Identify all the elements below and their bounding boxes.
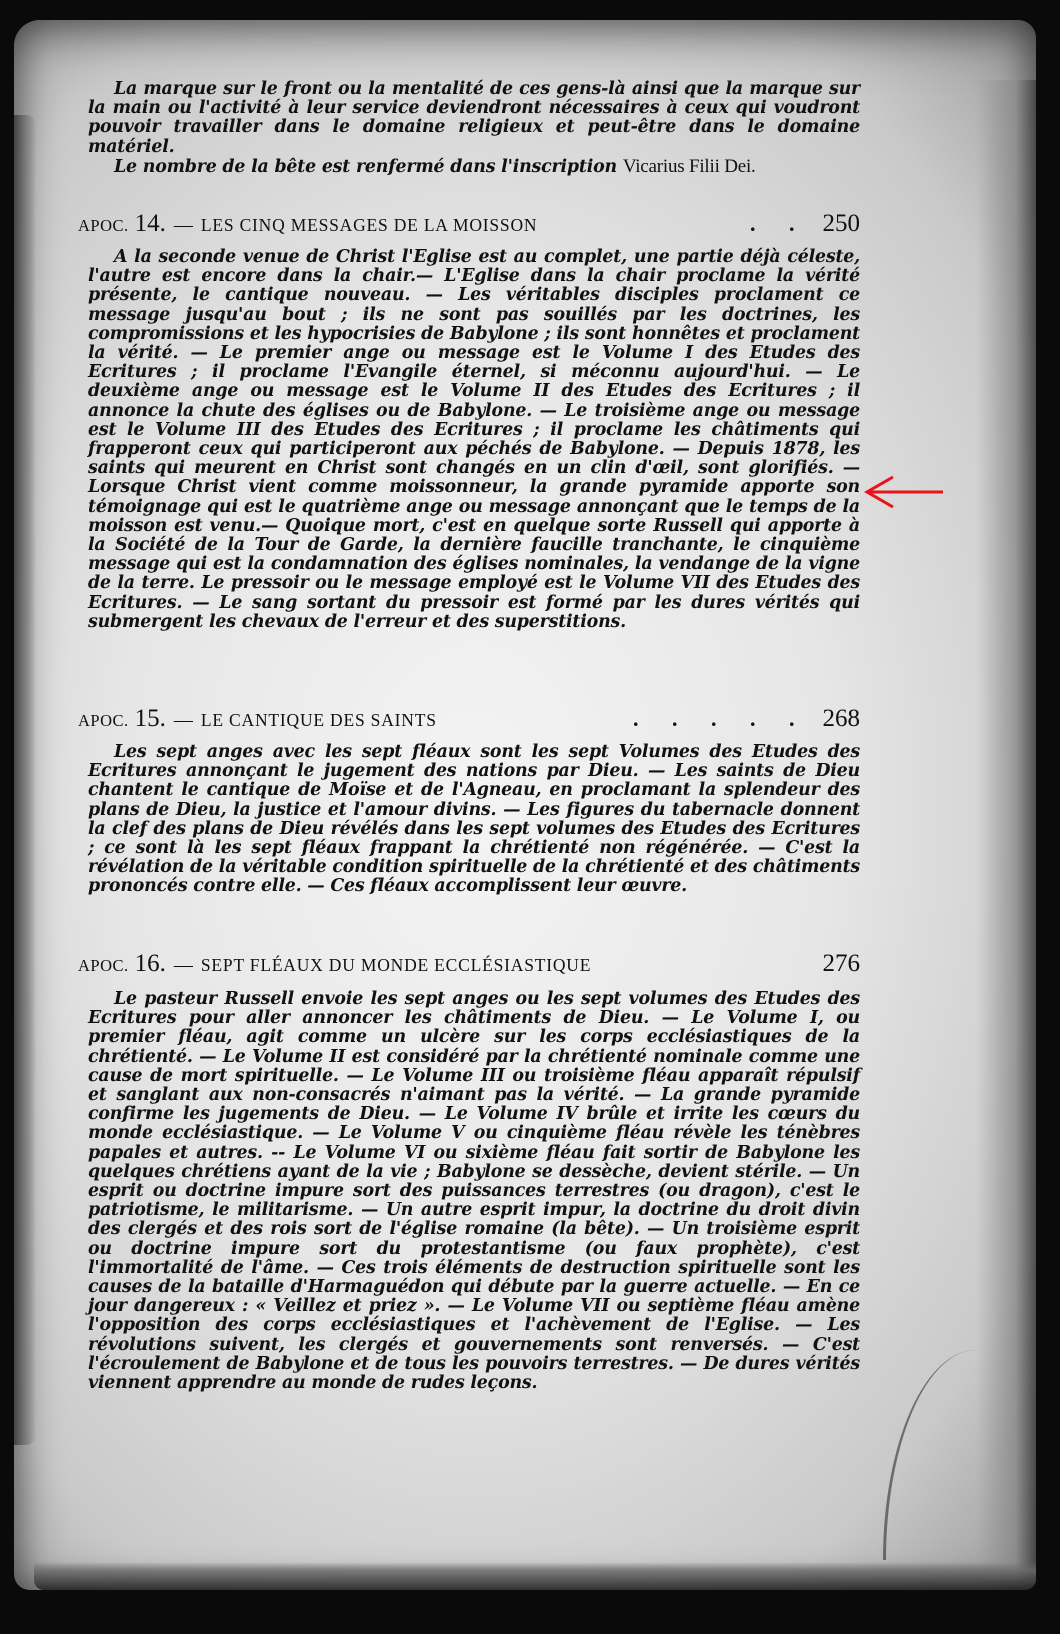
dash: — xyxy=(174,710,193,732)
dot-leader: . . xyxy=(537,211,822,237)
red-arrow-icon xyxy=(863,474,945,510)
section-text: Les sept anges avec les sept fléaux sont… xyxy=(88,742,860,896)
section-paragraph: A la seconde venue de Christ l'Eglise es… xyxy=(88,248,860,632)
chapter-number: 14. xyxy=(135,210,166,238)
page-shadow-right xyxy=(976,80,1036,1580)
intro-block: La marque sur le front ou la mentalité d… xyxy=(88,80,860,177)
section-body-apoc-14: A la seconde venue de Christ l'Eglise es… xyxy=(88,248,860,632)
section-heading-apoc-16: APOC. 16. — SEPT FLÉAUX DU MONDE ECCLÉSI… xyxy=(78,950,860,978)
apoc-label: APOC. xyxy=(78,216,129,236)
beast-number-paragraph: Le nombre de la bête est renfermé dans l… xyxy=(88,157,860,177)
apoc-label: APOC. xyxy=(78,711,129,731)
beast-number-text: Le nombre de la bête est renfermé dans l… xyxy=(114,157,617,177)
section-title: LES CINQ MESSAGES DE LA MOISSON xyxy=(201,215,537,236)
section-heading-apoc-14: APOC. 14. — LES CINQ MESSAGES DE LA MOIS… xyxy=(78,210,860,238)
dash: — xyxy=(174,215,193,237)
chapter-number: 15. xyxy=(135,705,166,733)
section-paragraph: Le pasteur Russell envoie les sept anges… xyxy=(88,990,860,1393)
chapter-number: 16. xyxy=(135,950,166,978)
section-text: A la seconde venue de Christ l'Eglise es… xyxy=(88,247,860,632)
page-number: 250 xyxy=(823,210,861,238)
apoc-label: APOC. xyxy=(78,956,129,976)
section-text: Le pasteur Russell envoie les sept anges… xyxy=(88,989,860,1393)
section-title: SEPT FLÉAUX DU MONDE ECCLÉSIASTIQUE xyxy=(201,955,591,976)
page-shadow-left xyxy=(14,115,36,1445)
intro-text: La marque sur le front ou la mentalité d… xyxy=(88,79,860,157)
section-body-apoc-16: Le pasteur Russell envoie les sept anges… xyxy=(88,990,860,1393)
section-heading-apoc-15: APOC. 15. — LE CANTIQUE DES SAINTS . . .… xyxy=(78,705,860,733)
page-number: 268 xyxy=(823,705,861,733)
dash: — xyxy=(174,955,193,977)
section-paragraph: Les sept anges avec les sept fléaux sont… xyxy=(88,743,860,897)
section-body-apoc-15: Les sept anges avec les sept fléaux sont… xyxy=(88,743,860,897)
intro-paragraph: La marque sur le front ou la mentalité d… xyxy=(88,80,860,157)
page-shadow-bottom xyxy=(34,1562,1036,1590)
section-title: LE CANTIQUE DES SAINTS xyxy=(201,710,437,731)
vicarius-filii-dei: Vicarius Filii Dei. xyxy=(623,156,756,177)
dot-leader: . . . . . xyxy=(437,706,823,732)
page-curl xyxy=(883,1350,976,1560)
page-number: 276 xyxy=(823,950,861,978)
